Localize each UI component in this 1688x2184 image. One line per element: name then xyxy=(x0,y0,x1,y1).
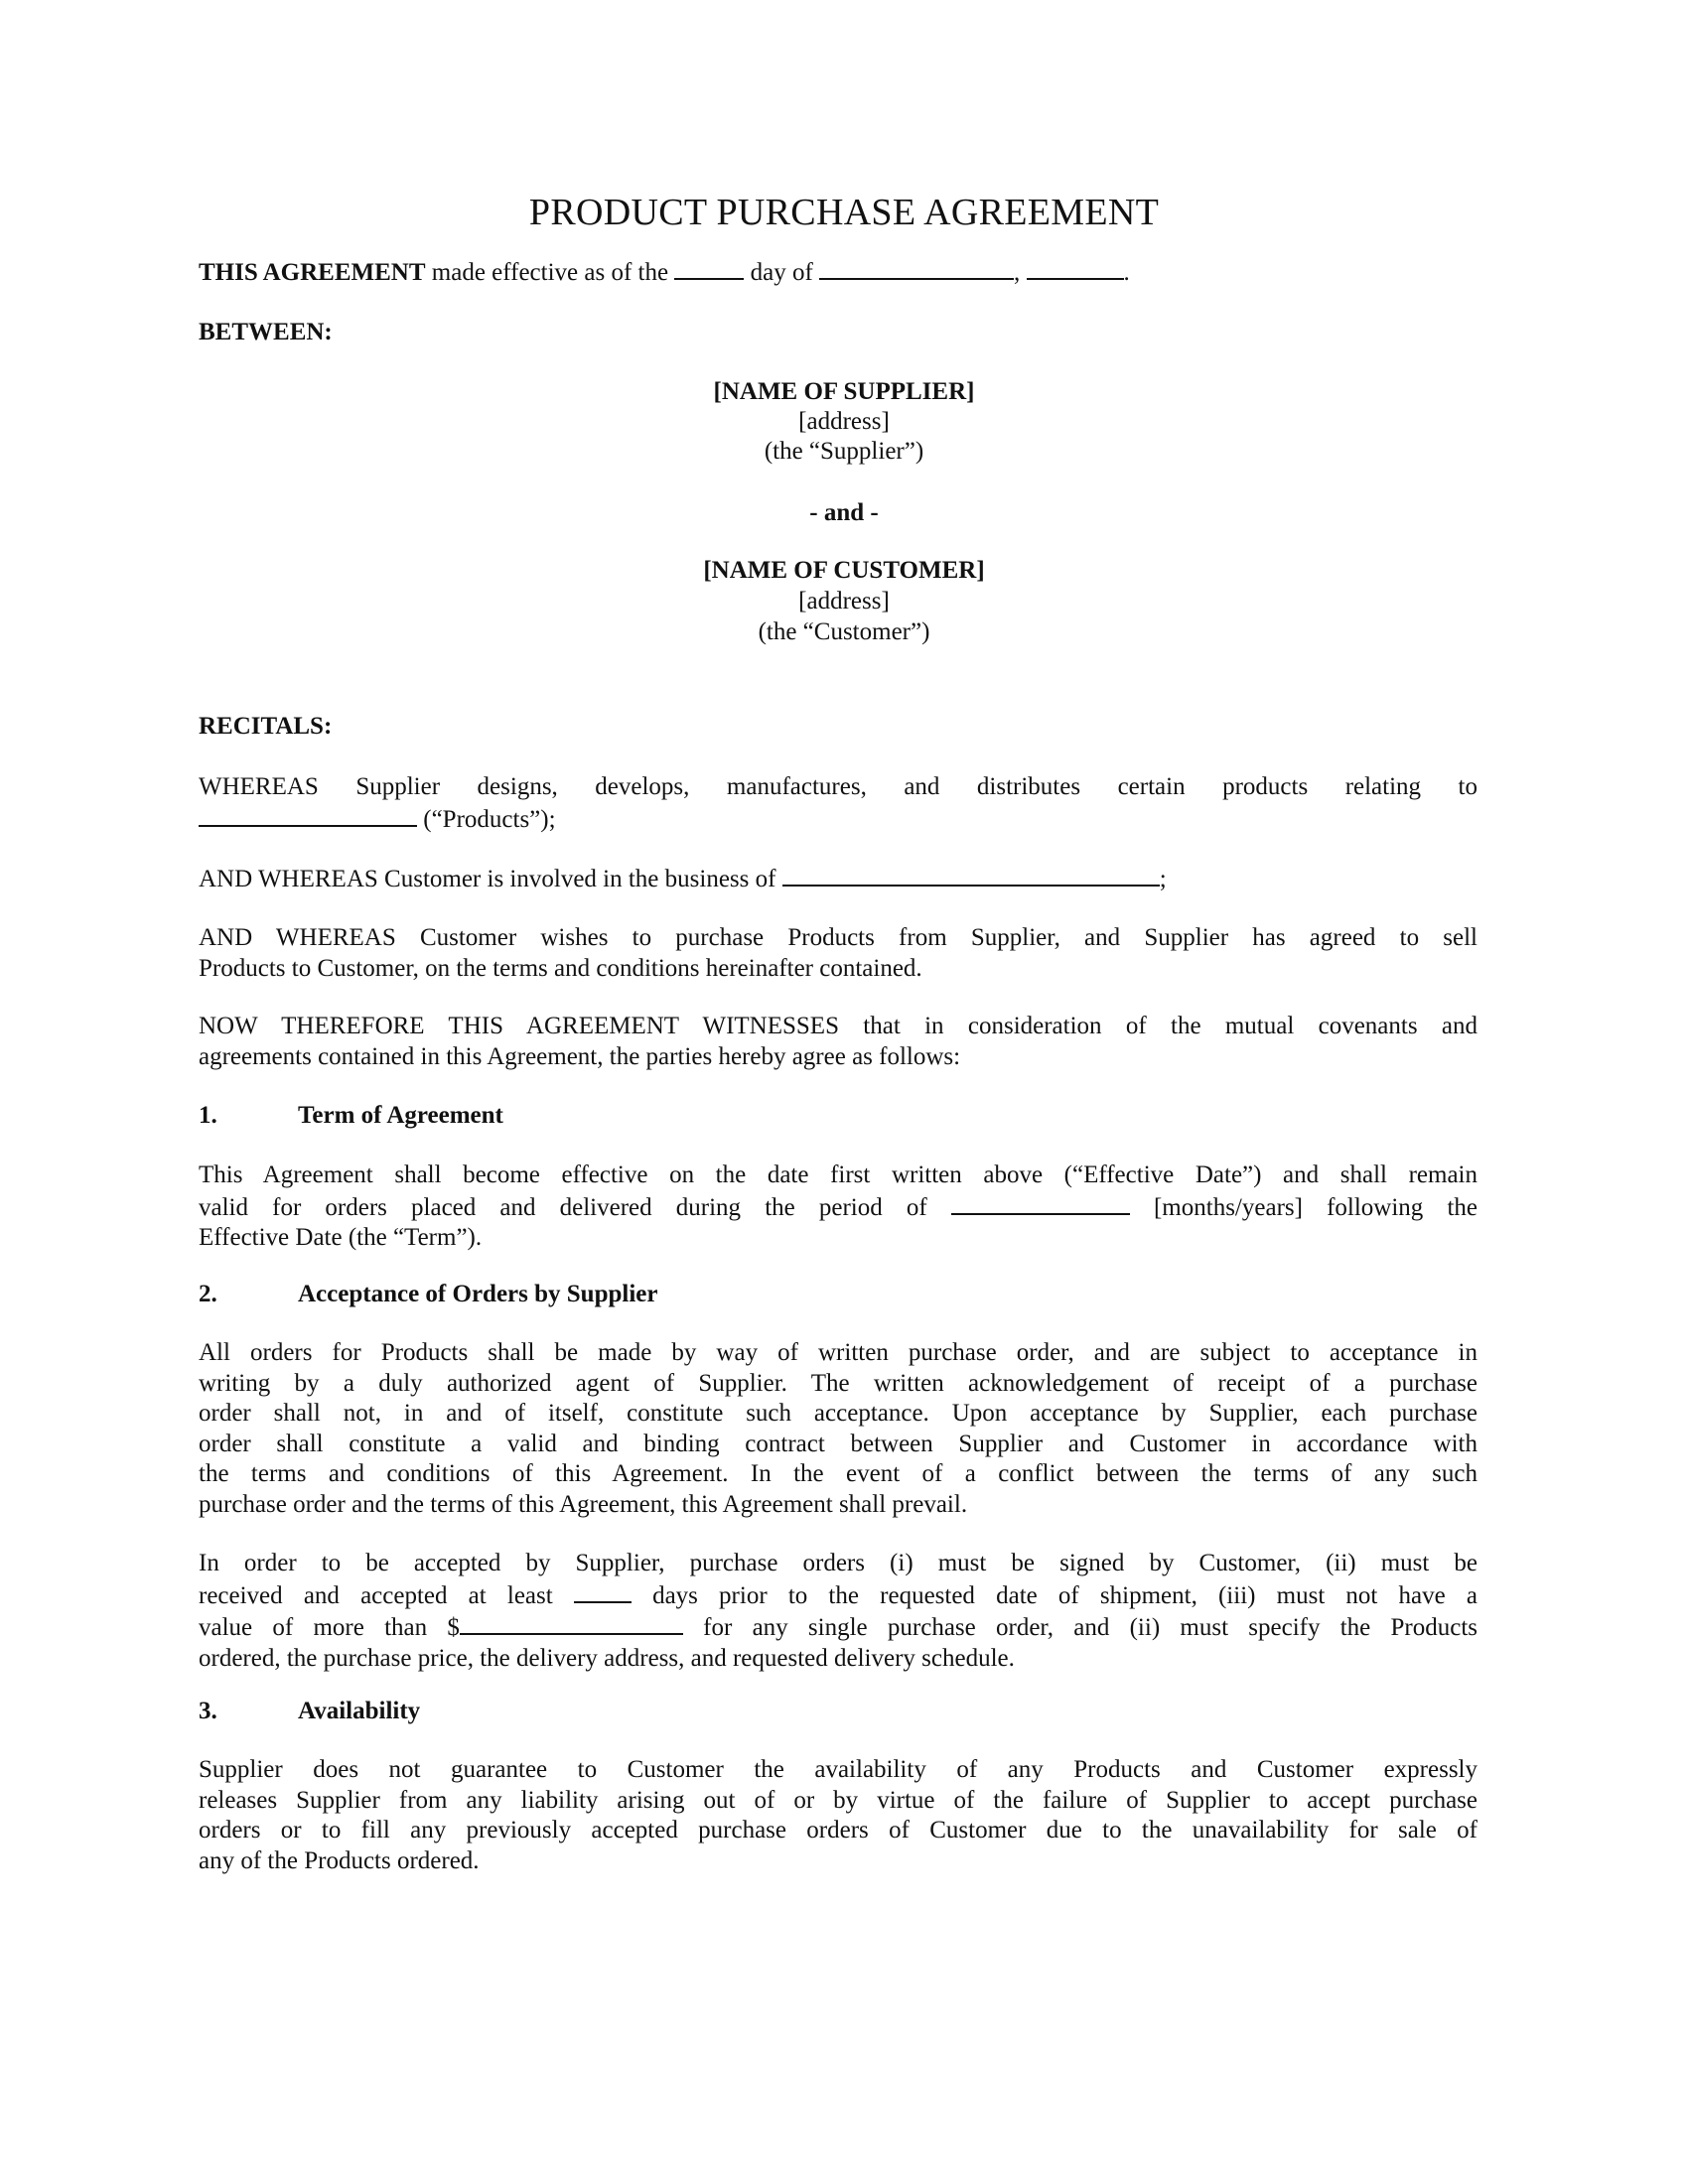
between-label: BETWEEN: xyxy=(199,318,333,348)
recital-3: AND WHEREAS Customer wishes to purchase … xyxy=(199,923,1477,984)
section-2-p2-line-1: In order to be accepted by Supplier, pur… xyxy=(199,1549,1477,1579)
recital-2-suffix: ; xyxy=(1160,866,1167,892)
section-2-para-1: All orders for Products shall be made by… xyxy=(199,1338,1477,1520)
recital-2-line-1: AND WHEREAS Customer is involved in the … xyxy=(199,863,1477,895)
recital-1: WHEREAS Supplier designs, develops, manu… xyxy=(199,772,1477,835)
section-3-title: Availability xyxy=(298,1698,420,1724)
section-3-line-2: releases Supplier from any liability ari… xyxy=(199,1786,1477,1817)
section-2-title: Acceptance of Orders by Supplier xyxy=(298,1281,657,1307)
recital-3-line-1: AND WHEREAS Customer wishes to purchase … xyxy=(199,923,1477,954)
section-2-p1-line-1: All orders for Products shall be made by… xyxy=(199,1338,1477,1369)
section-1-line-2-suffix: [months/years] following the xyxy=(1154,1194,1477,1221)
intro-text-2: day of xyxy=(751,259,813,286)
intro-period: . xyxy=(1124,259,1130,286)
section-2-p2-line-3-suffix: for any single purchase order, and (ii) … xyxy=(703,1614,1477,1641)
section-1-line-1: This Agreement shall become effective on… xyxy=(199,1160,1477,1191)
section-1-line-3: Effective Date (the “Term”). xyxy=(199,1223,1477,1254)
section-2-p2-line-2: received and accepted at least days prio… xyxy=(199,1579,1477,1612)
document-page: PRODUCT PURCHASE AGREEMENT THIS AGREEMEN… xyxy=(0,0,1688,2184)
business-blank[interactable] xyxy=(782,863,1160,887)
supplier-defined-as: (the “Supplier”) xyxy=(0,437,1688,468)
section-2-p1-line-5: the terms and conditions of this Agreeme… xyxy=(199,1459,1477,1490)
recital-3-line-2: Products to Customer, on the terms and c… xyxy=(199,954,1477,985)
section-1-body: This Agreement shall become effective on… xyxy=(199,1160,1477,1254)
section-2-para-2: In order to be accepted by Supplier, pur… xyxy=(199,1549,1477,1674)
section-2-p2-line-3: value of more than $ for any single purc… xyxy=(199,1611,1477,1644)
section-1-number: 1. xyxy=(199,1102,298,1130)
year-blank[interactable] xyxy=(1027,256,1124,280)
recital-2-prefix: AND WHEREAS Customer is involved in the … xyxy=(199,866,775,892)
section-2-p2-line-2-prefix: received and accepted at least xyxy=(199,1582,553,1609)
section-2-p2-line-4: ordered, the purchase price, the deliver… xyxy=(199,1644,1477,1675)
recitals-label: RECITALS: xyxy=(199,712,332,743)
month-blank[interactable] xyxy=(819,256,1014,280)
days-blank[interactable] xyxy=(574,1579,632,1603)
customer-address: [address] xyxy=(0,587,1688,617)
section-3-number: 3. xyxy=(199,1698,298,1725)
section-1-line-2-prefix: valid for orders placed and delivered du… xyxy=(199,1194,927,1221)
section-3-line-4: any of the Products ordered. xyxy=(199,1846,1477,1877)
recital-4-line-1: NOW THEREFORE THIS AGREEMENT WITNESSES t… xyxy=(199,1012,1477,1042)
section-2-p1-line-2: writing by a duly authorized agent of Su… xyxy=(199,1369,1477,1400)
section-2-p1-line-6: purchase order and the terms of this Agr… xyxy=(199,1490,1477,1521)
section-2-number: 2. xyxy=(199,1281,298,1308)
document-title: PRODUCT PURCHASE AGREEMENT xyxy=(0,191,1688,234)
section-2-p1-line-4: order shall constitute a valid and bindi… xyxy=(199,1430,1477,1460)
section-2-p2-line-3-prefix: value of more than $ xyxy=(199,1614,460,1641)
recital-4: NOW THEREFORE THIS AGREEMENT WITNESSES t… xyxy=(199,1012,1477,1072)
recital-1-line-1: WHEREAS Supplier designs, develops, manu… xyxy=(199,772,1477,803)
section-3-body: Supplier does not guarantee to Customer … xyxy=(199,1755,1477,1876)
intro-lead: THIS AGREEMENT xyxy=(199,259,426,286)
section-2-p2-line-2-suffix: days prior to the requested date of ship… xyxy=(652,1582,1477,1609)
recital-1-suffix: (“Products”); xyxy=(423,806,555,833)
and-separator: - and - xyxy=(0,498,1688,529)
section-2-p1-line-3: order shall not, in and of itself, const… xyxy=(199,1399,1477,1430)
max-value-blank[interactable] xyxy=(460,1611,683,1635)
section-3-line-3: orders or to fill any previously accepte… xyxy=(199,1816,1477,1846)
customer-name: [NAME OF CUSTOMER] xyxy=(0,556,1688,587)
section-3-line-1: Supplier does not guarantee to Customer … xyxy=(199,1755,1477,1786)
intro-text-1: made effective as of the xyxy=(432,259,668,286)
recital-4-line-2: agreements contained in this Agreement, … xyxy=(199,1042,1477,1073)
term-period-blank[interactable] xyxy=(951,1191,1130,1215)
section-1-heading: 1.Term of Agreement xyxy=(199,1102,503,1130)
intro-comma: , xyxy=(1014,259,1020,286)
recital-1-line-2: (“Products”); xyxy=(199,803,1477,836)
section-3-heading: 3.Availability xyxy=(199,1698,420,1725)
supplier-name: [NAME OF SUPPLIER] xyxy=(0,377,1688,408)
customer-defined-as: (the “Customer”) xyxy=(0,617,1688,648)
recital-2: AND WHEREAS Customer is involved in the … xyxy=(199,863,1477,895)
products-blank[interactable] xyxy=(199,803,417,827)
section-1-line-2: valid for orders placed and delivered du… xyxy=(199,1191,1477,1224)
section-2-heading: 2.Acceptance of Orders by Supplier xyxy=(199,1281,657,1308)
supplier-address: [address] xyxy=(0,407,1688,438)
day-blank[interactable] xyxy=(674,256,744,280)
section-1-title: Term of Agreement xyxy=(298,1102,503,1129)
effective-date-line: THIS AGREEMENT made effective as of the … xyxy=(199,256,1130,289)
